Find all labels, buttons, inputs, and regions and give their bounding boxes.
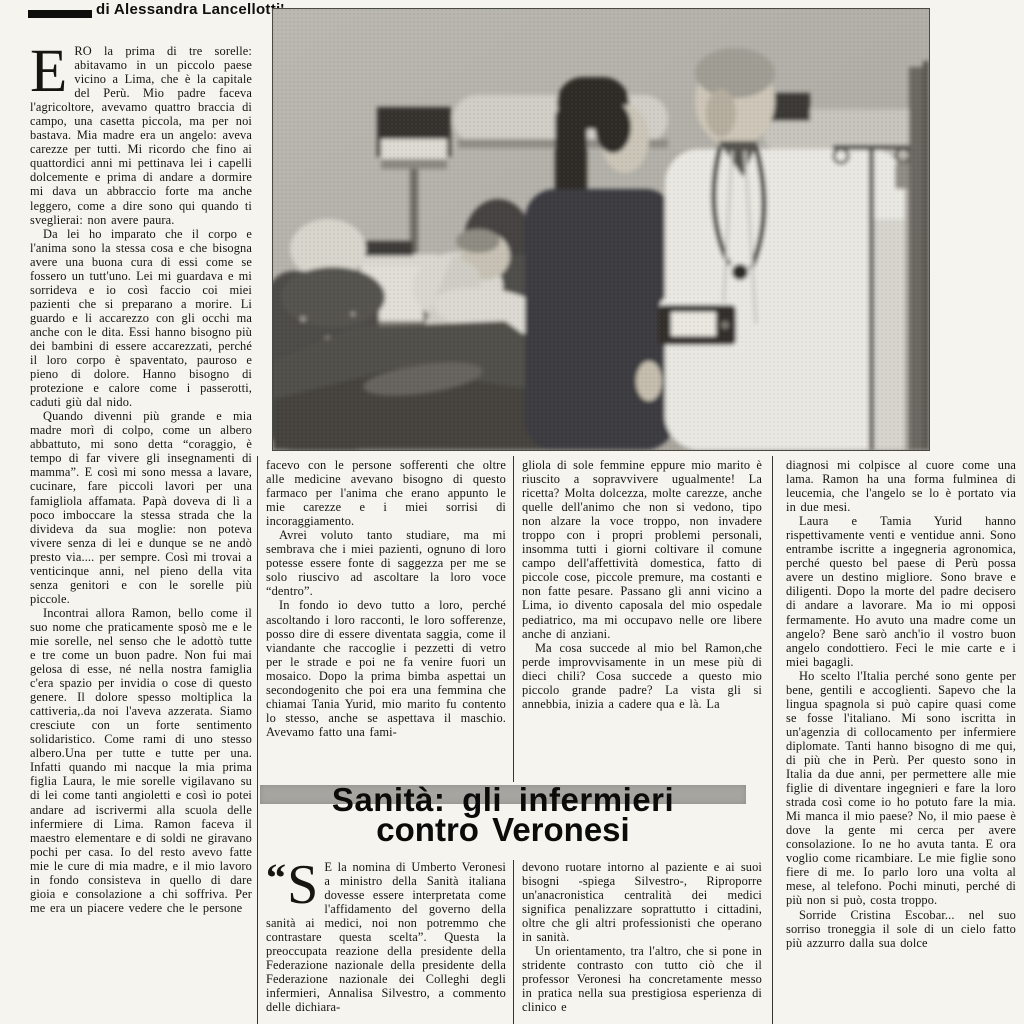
drop-cap-S: S — [287, 860, 318, 916]
column-divider — [513, 456, 514, 782]
paragraph: Avrei voluto tanto studiare, ma mi sembr… — [266, 528, 506, 598]
paragraph: Quando divenni più grande e mia madre mo… — [30, 409, 252, 606]
sanita-headline: Sanità: gli infermieri contro Veronesi — [260, 783, 746, 859]
article-photo — [272, 8, 930, 451]
byline-rule — [28, 10, 92, 18]
paragraph: devono ruotare intorno al paziente e ai … — [522, 860, 762, 944]
open-quote-mark: “ — [266, 860, 286, 900]
story-column-4: diagnosi mi colpisce al cuore come una l… — [786, 458, 1016, 1024]
headline-line2: contro Veronesi — [260, 813, 746, 846]
paragraph: Ma cosa succede al mio bel Ramon,che per… — [522, 641, 762, 711]
paragraph: gliola di sole femmine eppure mio marito… — [522, 458, 762, 641]
paragraph: Un orientamento, tra l'altro, che si pon… — [522, 944, 762, 1014]
column-divider — [257, 456, 258, 1024]
paragraph: Ho scelto l'Italia perché sono gente per… — [786, 669, 1016, 908]
sanita-column-left: “SE la nomina di Umberto Veronesi a mini… — [266, 860, 506, 1024]
column-divider — [513, 860, 514, 1024]
byline: di Alessandra Lancellotti' — [96, 1, 284, 18]
hospital-scene-illustration — [273, 9, 929, 450]
story-column-2: facevo con le persone sofferenti che olt… — [266, 458, 506, 784]
paragraph: ERO la prima di tre sorelle: abitavamo i… — [30, 44, 252, 227]
sanita-column-right: devono ruotare intorno al paziente e ai … — [522, 860, 762, 1024]
story-column-3: gliola di sole femmine eppure mio marito… — [522, 458, 762, 784]
column-divider — [772, 456, 773, 1024]
story-column-1: ERO la prima di tre sorelle: abitavamo i… — [30, 44, 252, 1024]
paragraph: facevo con le persone sofferenti che olt… — [266, 458, 506, 528]
paragraph: Sorride Cristina Escobar... nel suo sorr… — [786, 908, 1016, 950]
paragraph: Laura e Tamia Yurid hanno rispettivament… — [786, 514, 1016, 669]
paragraph: diagnosi mi colpisce al cuore come una l… — [786, 458, 1016, 514]
paragraph: In fondo io devo tutto a loro, perché as… — [266, 598, 506, 738]
paragraph: Incontrai allora Ramon, bello come il su… — [30, 606, 252, 915]
drop-cap-quote: “S — [266, 860, 324, 908]
paragraph: “SE la nomina di Umberto Veronesi a mini… — [266, 860, 506, 1015]
paragraph: Da lei ho imparato che il corpo e l'anim… — [30, 227, 252, 410]
drop-cap-E: E — [30, 44, 74, 96]
